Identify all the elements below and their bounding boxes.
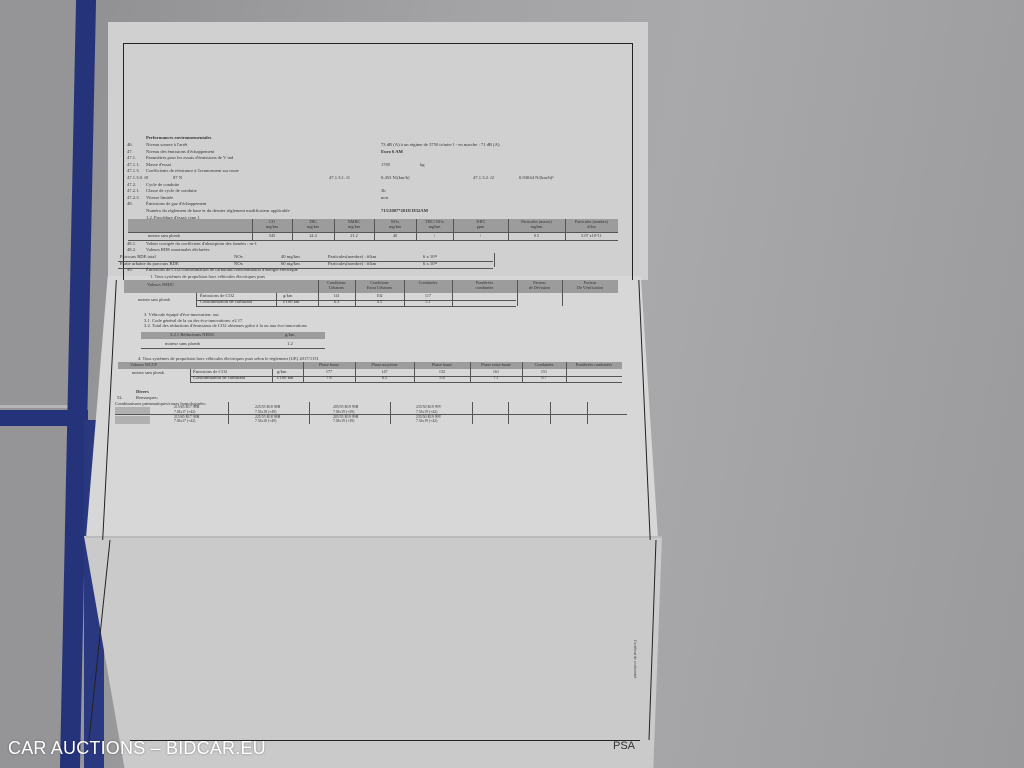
tire-spec: 7.5Jx19 (+42) [416,419,437,423]
table-divider [390,402,391,424]
wltp-value-cell: 5.8 [414,376,470,381]
table-divider [128,232,618,233]
table-divider [309,402,310,424]
row-label: Niveau des émissions d'échappement [146,150,214,155]
tire-spec: 7.5Jx18 (+49) [255,419,276,423]
blue-tape-horizontal [0,410,88,426]
eco-line: 3.2. Total des réductions d'émissions de… [144,324,307,329]
row-number: 47.1.3. [127,169,140,174]
table-divider [190,382,622,383]
rde-label: Partie urbaine du parcours RDE [120,262,179,267]
eco-line: 3. Véhicule équipé d'éco-innovation: oui [144,313,219,318]
psa-logo: PSA [613,740,635,752]
row-extra-label: 47.1.3.2. f2 [473,176,494,181]
row-extra-value: 0.03044 N/(km/h)² [519,176,554,181]
row-number: 46. [127,143,133,148]
row-value: non [381,196,388,201]
wltp-title: Valeurs WLTP [130,363,157,368]
table-divider [562,280,563,306]
emissions-header-cell: Particules (nombre) #/km [565,220,618,229]
row-number: 47.2.1. [127,189,140,194]
table-divider [566,362,567,382]
emissions-row-label: moteur sans plomb [148,234,180,239]
frame-left-top [123,43,124,280]
rde-particle-label: Particules(nombre) : #/km [328,262,376,267]
wltp-value-cell: 7.8 [303,376,355,381]
nedc-header-cell: Pondérées combinées [452,281,517,290]
frame-top [123,43,633,44]
table-divider [272,369,273,382]
nedc-header-cell: Conditions Urbaines [318,281,355,290]
row-label: Remarques: [136,396,158,401]
rde-pollutant: NOx [234,255,243,260]
tire-spec: 225/55 R18 98H [255,405,280,409]
row-value: 715/2007*2018/1832AM [381,209,428,214]
table-divider [508,402,509,424]
nedc-value-cell: 5.1 [404,300,452,305]
nedc-row-measure: Consommation de carburant [200,300,252,305]
row-label: Vitesse limitée [146,196,173,201]
eco-row-label: moteur sans plomb [165,342,200,347]
row-number: 48.1. [127,242,136,247]
emissions-value-cell: / [416,234,453,239]
nedc-row-unit: g/km [283,294,292,299]
tire-spec: 225/55 R18 98H [255,415,280,419]
row-value: 0.453 N/(km/h) [381,176,410,181]
row-value: 1705 [381,163,390,168]
emissions-value-cell: 40 [374,234,416,239]
table-divider [228,402,229,424]
emissions-value-cell: 5.07 x10^11 [565,234,618,239]
tire-spec: 7.0Jx17 (+42) [174,419,195,423]
row-extra-label: 47.1.3.1. f1 [329,176,350,181]
rde-particle-value: 6 x 10¹¹ [423,255,437,260]
wltp-value-cell: 147 [355,370,414,375]
row-unit: kg [420,163,425,168]
rde-particle-label: Particules(nombre) : #/km [328,255,376,260]
table-divider [472,402,473,424]
tire-spec: 7.0Jx19 (+39) [333,419,354,423]
nedc-title: Valeurs NEDC [147,283,174,288]
table-divider [494,253,495,267]
emissions-value-cell: 545 [252,234,292,239]
wltp-row-unit: l/100 km [277,376,293,381]
nedc-header-cell: Conditions Extra Urbaines [355,281,404,290]
wltp-value-cell: 6.5 [355,376,414,381]
table-divider [190,369,191,382]
nedc-value-cell: 102 [355,294,404,299]
nedc-header-cell: Combinées [404,281,452,286]
row-label: Numéro du règlement de base et du dernie… [146,209,290,214]
nedc-value-cell: 117 [404,294,452,299]
tire-spec: 205/55 R19 99H [333,405,358,409]
table-divider [452,280,453,306]
row-number: 49. [127,268,133,273]
table-divider [517,280,518,306]
nedc-row-measure: Émissions de CO2 [200,294,234,299]
row-number: 52. [117,396,123,401]
wltp-header-cell: Combinées [522,363,566,368]
table-divider [550,402,551,424]
nedc-header-cell: Facteur De Vérification [562,281,618,290]
wltp-value-cell: 151 [522,370,566,375]
row-label: Niveau sonore à l'arrêt [146,143,188,148]
emissions-header-cell: Particules (masse) mg/km [508,220,565,229]
emissions-value-cell: 24.4 [292,234,334,239]
wltp-value-cell: 7.1 [470,376,522,381]
row-number: 48. [127,202,133,207]
row-value: 73 dB (A) à un régime de 3750 tr/min-1 -… [381,143,500,148]
row-number: 47.1.1. [127,163,140,168]
emissions-header-cell: CO mg/km [252,220,292,229]
wltp-header-cell: Phase extra-haute [470,363,522,368]
row-label: Classe de cycle de conduite [146,189,197,194]
emissions-header-cell: NOx mg/km [374,220,416,229]
emissions-header-cell: THC+NOx mg/km [416,220,453,229]
side-note: Certificat de conformité [633,640,638,678]
wltp-header-cell: Phase basse [303,363,355,368]
row-number: 47. [127,150,133,155]
tire-spec: 205/55 R19 99H [333,415,358,419]
wltp-row-measure: Émissions de CO2 [193,370,227,375]
rde-particle-value: 6 x 10¹¹ [423,262,437,267]
row-number: 47.1. [127,156,136,161]
document-page-bottom [84,536,662,768]
row-label: Valeur corrigée du coefficient d'absorpt… [146,242,257,247]
row-value: 3b [381,189,386,194]
row-label: Coefficients de résistance à l'avancemen… [146,169,239,174]
rde-label: Parcours RDE total [120,255,156,260]
row-number: 47.2. [127,183,136,188]
watermark: CAR AUCTIONS – BIDCAR.EU [8,738,266,759]
nedc-value-cell: 4.5 [355,300,404,305]
emissions-header-cell: NMHC mg/km [334,220,374,229]
table-divider [587,402,588,424]
row-number: 47.2.3. [127,196,140,201]
fold-line [86,536,662,538]
wltp-value-cell: 6.7 [522,376,566,381]
nedc-row-label: moteur sans plomb [138,298,170,303]
tire-spec: 215/65 R17 98H [174,415,199,419]
emissions-value-cell: / [453,234,508,239]
row-number: 48.2. [127,248,136,253]
tire-spec: 235/50 R19 99V [416,415,441,419]
wltp-row-measure: Consommation de carburant [193,376,245,381]
table-divider [196,293,197,306]
emissions-value-cell: 0.5 [508,234,565,239]
wltp-header-cell: Phase moyenne [355,363,414,368]
frame-right-top [632,43,633,280]
row-number: 47.1.3.0. f0 [127,176,148,181]
rde-value: 40 mg/km [281,255,300,260]
wltp-header-cell: Phase haute [414,363,470,368]
nedc-row-unit: l/100 km [283,300,299,305]
emissions-value-cell: 21.2 [334,234,374,239]
eco-value: 1.2 [287,342,293,347]
rde-pollutant: NOx [234,262,243,267]
section-title: Performances environnementales [146,136,211,141]
divers-title: Divers [136,390,149,395]
row-label: Émissions de gaz d'échappement [146,202,206,207]
wltp-row-unit: g/km [277,370,286,375]
eco-header-label: 3.2.1 Réductions NEDC [170,333,215,338]
tire-row-marker [115,416,150,424]
nedc-value-cell: 6.3 [318,300,355,305]
nedc-intro: 1. Tous systèmes de propulsion hors véhi… [150,275,265,280]
row-label: 87 N [173,176,182,181]
rde-value: 60 mg/km [281,262,300,267]
wltp-header-cell: Pondérées combinées [566,363,622,368]
row-label: Paramètres pour les essais d'émissions d… [146,156,233,161]
table-divider [196,306,516,307]
emissions-header-cell: NH3 ppm [453,220,508,229]
emissions-header-cell: THC mg/km [292,220,334,229]
nedc-header-cell: Facteur de Déviation [517,281,562,290]
wltp-value-cell: 132 [414,370,470,375]
tire-spec: 235/50 R19 99V [416,405,441,409]
wall-seam [0,405,76,408]
wltp-value-cell: 161 [470,370,522,375]
wltp-value-cell: 177 [303,370,355,375]
tire-spec: 215/65 R17 98H [174,405,199,409]
wltp-row-label: moteur sans plomb [132,371,164,376]
row-label: Cycle de conduite [146,183,179,188]
wltp-intro: 4. Tous systèmes de propulsion hors véhi… [138,357,319,362]
row-label: Masse d'essai [146,163,171,168]
table-divider [276,293,277,306]
nedc-value-cell: 141 [318,294,355,299]
row-value: Euro 6 AM [381,150,403,155]
row-label: Émissions de CO2/consommation de carbura… [146,268,298,273]
eco-table-header [141,332,325,339]
row-label: Valeurs RDE maximales déclarées [146,248,209,253]
table-divider [141,348,325,349]
eco-header-unit: g/km [285,333,294,338]
